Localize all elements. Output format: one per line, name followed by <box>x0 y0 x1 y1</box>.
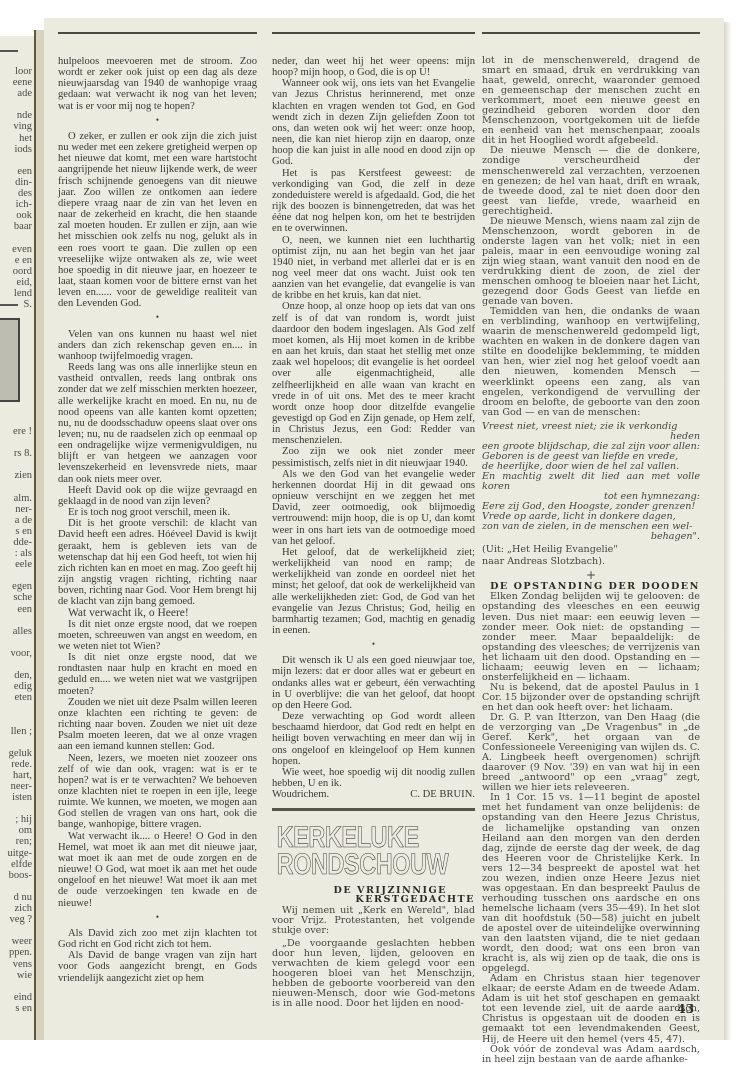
previous-page-rule <box>0 304 18 306</box>
previous-page-line: ppen. <box>8 947 33 958</box>
previous-page-line: lend <box>12 288 32 299</box>
previous-page-line: isten <box>8 792 33 803</box>
paragraph: hulpeloos meevoeren met de stroom. Zoo w… <box>58 56 257 112</box>
page-edge-shadow <box>724 22 732 1040</box>
previous-page-line <box>8 881 33 892</box>
paragraph: Dit is het groote verschil: de klacht va… <box>58 518 257 607</box>
previous-page-line: a de <box>8 515 33 526</box>
column-top-rule <box>58 32 257 34</box>
newspaper-page: hulpeloos meevoeren met de stroom. Zoo w… <box>44 18 724 1040</box>
section-heading: KERSTGEDACHTE <box>272 894 475 905</box>
previous-page-line: geluk <box>8 748 33 759</box>
previous-page-line: s en <box>8 526 33 537</box>
previous-page-line: eene <box>12 77 32 88</box>
previous-page-line: om <box>8 825 33 836</box>
previous-page-line: hart, <box>8 770 33 781</box>
paragraph: Velen van ons kunnen nu haast wel niet a… <box>58 329 257 362</box>
page-number: 43 <box>677 1002 694 1016</box>
previous-page-line: llen ; <box>8 726 33 737</box>
previous-page-line: voor, <box>8 648 33 659</box>
paragraph: Zouden we niet uit deze Psalm willen lee… <box>58 697 257 753</box>
previous-page-line: loor <box>12 66 32 77</box>
paragraph: In 1 Cor. 15 vs. 1—11 begint de apostel … <box>482 793 700 974</box>
previous-page-line <box>12 99 32 110</box>
paragraph: neder, dan weet hij het weer opeens: mij… <box>272 56 475 78</box>
kerkelijke-rondschouw-banner: KERKELUKE RONDSCHOUW <box>272 823 475 879</box>
previous-page-line: een <box>8 604 33 615</box>
previous-page-edge: looreeneade ndevinghetiods eendin-desich… <box>0 36 34 1040</box>
article-signature: Woudrichem. C. DE BRUIN. <box>272 789 475 800</box>
previous-page-line: wie <box>8 970 33 981</box>
previous-page-line <box>8 981 33 992</box>
previous-page-line: ; hij <box>8 814 33 825</box>
paragraph: Dit wensch ik U als een goed nieuwjaar t… <box>272 655 475 711</box>
banner-title-line-1: KERKELUKE <box>277 824 449 851</box>
section-divider-dot: • <box>58 115 257 126</box>
paragraph: Als David zich zoo met zijn klachten tot… <box>58 928 257 950</box>
previous-page-rule <box>0 50 18 52</box>
previous-page-line: ving <box>12 121 32 132</box>
previous-page-line: s en <box>8 1003 33 1014</box>
article-column-3: lot in de menschenwereld, dragend de sma… <box>482 56 700 1065</box>
source-citation: naar Andreas Slotzbach). <box>482 557 700 567</box>
section-divider-dot: • <box>58 312 257 323</box>
paragraph: Elken Zondag belijden wij te gelooven: d… <box>482 592 700 682</box>
previous-page-line: veg ? <box>8 914 33 925</box>
previous-page-line: weer <box>8 936 33 947</box>
previous-page-line <box>8 803 33 814</box>
previous-page-text-bottom: ere ! rs 8. zien alm.ner-a des endde-: a… <box>8 426 33 1014</box>
previous-page-line: alm. <box>8 493 33 504</box>
signature-author: C. DE BRUIN. <box>410 789 475 800</box>
article-column-2: neder, dan weet hij het weer opeens: mij… <box>272 56 475 1009</box>
paragraph: Is dit niet onze ergste nood, dat we roe… <box>58 619 257 652</box>
previous-page-text-top: looreeneade ndevinghetiods eendin-desich… <box>12 66 32 310</box>
previous-page-line: ich- <box>12 199 32 210</box>
previous-page-line: ade <box>12 88 32 99</box>
previous-page-line: uitge- <box>8 848 33 859</box>
previous-page-line: din- <box>12 177 32 188</box>
previous-page-line: eid, <box>12 277 32 288</box>
section-divider-cross: + <box>482 570 700 580</box>
paragraph: De nieuwe Mensch — die de donkere, zondi… <box>482 146 700 216</box>
previous-page-line: e en <box>12 255 32 266</box>
previous-page-line: het <box>12 133 32 144</box>
previous-page-line: egen <box>8 581 33 592</box>
paragraph: O, neen, we kunnen niet een luchthartig … <box>272 235 475 302</box>
previous-page-line: eind <box>8 992 33 1003</box>
previous-page-line: sche <box>8 592 33 603</box>
previous-page-line: eele <box>8 559 33 570</box>
previous-page-line <box>8 459 33 470</box>
previous-page-line <box>8 703 33 714</box>
paragraph: Temidden van hen, die ondanks de waan en… <box>482 307 700 418</box>
paragraph: De nieuwe Mensch, wiens naam zal zijn de… <box>482 217 700 307</box>
paragraph: Neen, lezers, we moeten niet zoozeer ons… <box>58 753 257 831</box>
paragraph: Heeft David ook op die wijze gevraagd en… <box>58 485 257 507</box>
previous-page-line: zich <box>8 903 33 914</box>
previous-page-line: even <box>12 244 32 255</box>
verse-line: En machtig zwelt dit lied aan met volle … <box>482 472 700 492</box>
previous-page-line: ner- <box>8 504 33 515</box>
previous-page-line: baar <box>12 221 32 232</box>
previous-page-line <box>8 925 33 936</box>
previous-page-line: nde <box>12 110 32 121</box>
paragraph: Ook vóór de zondeval was Adam aardsch, i… <box>482 1045 700 1065</box>
previous-page-line: den, <box>8 670 33 681</box>
previous-page-line: rs 8. <box>8 448 33 459</box>
paragraph: lot in de menschenwereld, dragend de sma… <box>482 56 700 146</box>
psalm-quote: Wat verwacht ik, o Heere! <box>58 608 257 619</box>
previous-page-line: neer- <box>8 781 33 792</box>
column-top-rule <box>272 32 475 34</box>
previous-page-line <box>8 737 33 748</box>
previous-page-line: zien <box>8 470 33 481</box>
source-citation: (Uit: „Het Heilig Evangelie" <box>482 545 700 555</box>
previous-page-line <box>12 232 32 243</box>
previous-page-image-fragment <box>0 318 20 402</box>
previous-page-line <box>8 570 33 581</box>
banner-title: KERKELUKE RONDSCHOUW <box>272 823 448 879</box>
previous-page-line: rede. <box>8 759 33 770</box>
previous-page-line <box>8 714 33 725</box>
previous-page-line: alles <box>8 626 33 637</box>
previous-page-line <box>8 637 33 648</box>
previous-page-line: : als <box>8 548 33 559</box>
paragraph: Wanneer ook wij, ons iets van het Evange… <box>272 78 475 167</box>
previous-page-line: eten <box>8 692 33 703</box>
paragraph: Reeds lang was ons alle innerlijke steun… <box>58 362 257 485</box>
previous-page-line: boos- <box>8 870 33 881</box>
paragraph: Dr. G. P. van Itterzon, van Den Haag (di… <box>482 713 700 793</box>
paragraph: Als we den God van het evangelie weder h… <box>272 469 475 547</box>
signature-place: Woudrichem. <box>272 789 329 800</box>
verse-line: Vreest niet, vreest niet; zie ik verkond… <box>482 422 700 432</box>
paragraph: Zoo zijn we ook niet zonder meer pessimi… <box>272 446 475 468</box>
paragraph: Onze hoop, al onze hoop op iets dat van … <box>272 301 475 446</box>
paragraph: Er is toch nog groot verschil, meen ik. <box>58 507 257 518</box>
previous-page-line: ere ! <box>8 426 33 437</box>
article-column-1: hulpeloos meevoeren met de stroom. Zoo w… <box>58 56 257 984</box>
section-rule <box>272 808 475 811</box>
paragraph: Als David de bange vragen van zijn hart … <box>58 950 257 983</box>
previous-page-line: d nu <box>8 892 33 903</box>
paragraph: O zeker, er zullen er ook zijn die zich … <box>58 131 257 310</box>
previous-page-line <box>8 615 33 626</box>
banner-title-line-2: RONDSCHOUW <box>277 851 449 878</box>
previous-page-line: edig <box>8 681 33 692</box>
paragraph: Wij nemen uit „Kerk en Wereld", blad voo… <box>272 906 475 936</box>
previous-page-line <box>8 437 33 448</box>
paragraph: Nu is bekend, dat de apostel Paulus in 1… <box>482 683 700 713</box>
previous-page-line: oord <box>12 266 32 277</box>
previous-page-line: elfde <box>8 859 33 870</box>
paragraph: Het geloof, dat de werkelijkheid ziet; w… <box>272 547 475 636</box>
paragraph: Het is pas Kerstfeest geweest: de verkon… <box>272 168 475 235</box>
section-divider-dot: • <box>272 639 475 650</box>
previous-page-line: ook <box>12 210 32 221</box>
previous-page-line: vens <box>8 959 33 970</box>
previous-page-line <box>8 659 33 670</box>
paragraph: Wie weet, hoe spoedig wij dit noodig zul… <box>272 767 475 789</box>
paragraph: Is dit niet onze ergste nood, dat we ron… <box>58 652 257 697</box>
paragraph: „De voorgaande geslachten hebben door hu… <box>272 939 475 1009</box>
previous-page-line: des <box>12 188 32 199</box>
verse-line: behagen". <box>482 532 700 542</box>
previous-page-line <box>12 155 32 166</box>
previous-page-line: een <box>12 166 32 177</box>
paragraph: Wat verwacht ik.... o Heere! O God in de… <box>58 831 257 909</box>
paragraph: Adam en Christus staan hier tegenover el… <box>482 974 700 1044</box>
previous-page-line: ren; <box>8 836 33 847</box>
previous-page-line: iods <box>12 144 32 155</box>
paragraph: Deze verwachting op God wordt alleen bes… <box>272 711 475 767</box>
section-divider-dot: • <box>58 912 257 923</box>
hymn-verse: Vreest niet, vreest niet; zie ik verkond… <box>482 422 700 543</box>
previous-page-line <box>8 481 33 492</box>
previous-page-line: dde- <box>8 537 33 548</box>
column-top-rule <box>482 32 700 34</box>
